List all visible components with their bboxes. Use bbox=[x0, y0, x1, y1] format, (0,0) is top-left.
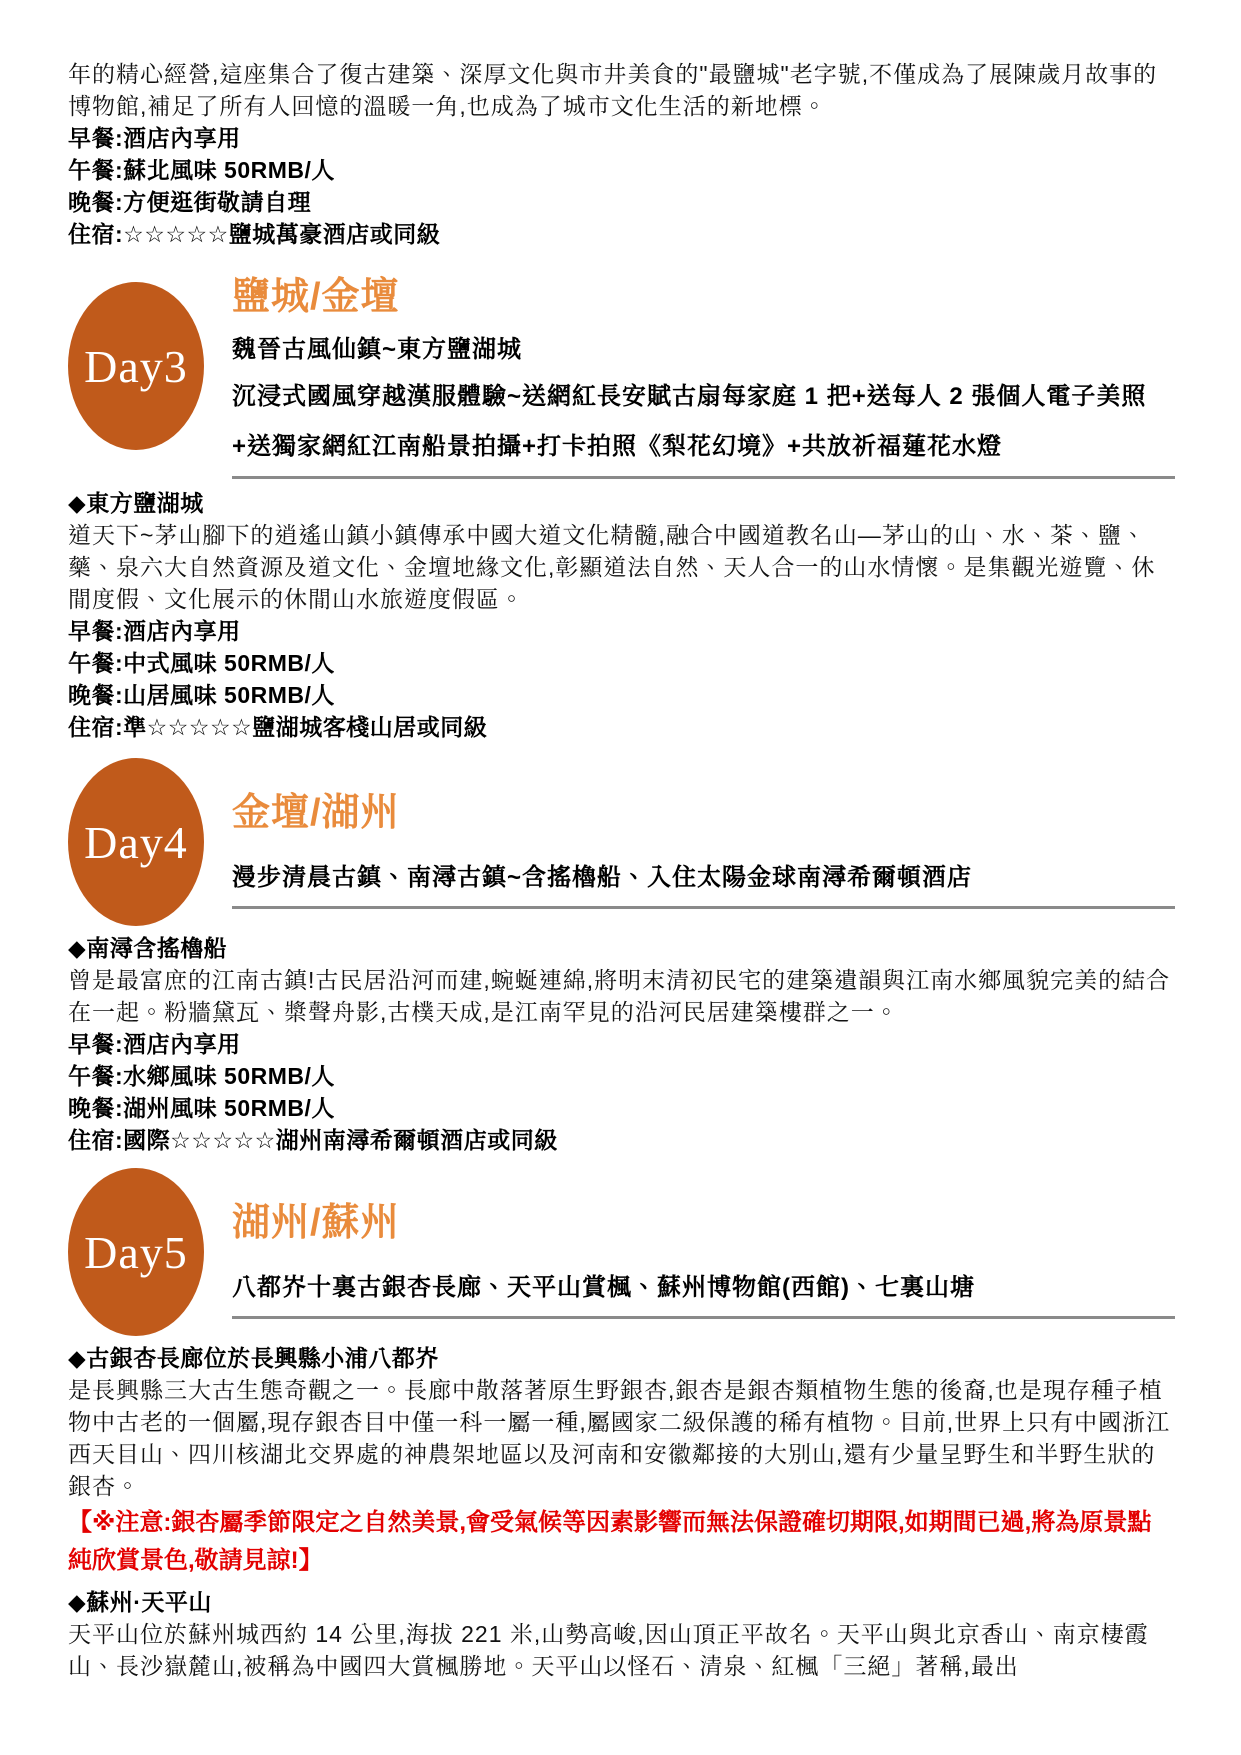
day3-poi-paragraph: 道天下~茅山腳下的逍遙山鎮小鎮傳承中國大道文化精髓,融合中國道教名山—茅山的山、… bbox=[68, 519, 1175, 615]
section-divider bbox=[232, 1316, 1175, 1319]
dinner-line: 晚餐:湖州風味 50RMB/人 bbox=[68, 1092, 1175, 1124]
hotel-line: 住宿:準☆☆☆☆☆鹽湖城客棧山居或同級 bbox=[68, 711, 1175, 743]
intro-meal-list: 早餐:酒店內享用 午餐:蘇北風味 50RMB/人 晚餐:方便逛街敬請自理 住宿:… bbox=[68, 122, 1175, 250]
day5-poi-heading-ginkgo: ◆古銀杏長廊位於長興縣小浦八都岕 bbox=[68, 1342, 1175, 1374]
day3-badge-label: Day3 bbox=[84, 340, 188, 393]
dinner-line: 晚餐:山居風味 50RMB/人 bbox=[68, 679, 1175, 711]
section-divider bbox=[232, 906, 1175, 909]
day4-poi-heading: ◆南潯含搖櫓船 bbox=[68, 932, 1175, 964]
day4-badge-label: Day4 bbox=[84, 816, 188, 869]
dinner-line: 晚餐:方便逛街敬請自理 bbox=[68, 186, 1175, 218]
day4-poi-paragraph: 曾是最富庶的江南古鎮!古民居沿河而建,蜿蜒連綿,將明末清初民宅的建築遺韻與江南水… bbox=[68, 964, 1175, 1028]
day5-badge-label: Day5 bbox=[84, 1226, 188, 1279]
day3-title: 鹽城/金壇 bbox=[232, 272, 1175, 322]
day4-title: 金壇/湖州 bbox=[232, 788, 1175, 838]
breakfast-line: 早餐:酒店內享用 bbox=[68, 615, 1175, 647]
day5-section: Day5 湖州/蘇州 八都岕十裏古銀杏長廊、天平山賞楓、蘇州博物館(西館)、七裏… bbox=[68, 1168, 1175, 1682]
day5-poi-heading-tianping: ◆蘇州·天平山 bbox=[68, 1586, 1175, 1618]
day5-header-content: 湖州/蘇州 八都岕十裏古銀杏長廊、天平山賞楓、蘇州博物館(西館)、七裏山塘 bbox=[232, 1168, 1175, 1319]
day3-badge: Day3 bbox=[68, 282, 204, 450]
day3-header-content: 鹽城/金壇 魏晉古風仙鎮~東方鹽湖城 沉浸式國風穿越漢服體驗~送網紅長安賦古扇每… bbox=[232, 272, 1175, 479]
day3-highlights: 沉浸式國風穿越漢服體驗~送網紅長安賦古扇每家庭 1 把+送每人 2 張個人電子美… bbox=[232, 372, 1175, 472]
lunch-line: 午餐:蘇北風味 50RMB/人 bbox=[68, 154, 1175, 186]
day3-header: Day3 鹽城/金壇 魏晉古風仙鎮~東方鹽湖城 沉浸式國風穿越漢服體驗~送網紅長… bbox=[68, 272, 1175, 479]
intro-paragraph: 年的精心經營,這座集合了復古建築、深厚文化與市井美食的"最鹽城"老字號,不僅成為… bbox=[68, 58, 1175, 122]
day5-poi-paragraph-tianping: 天平山位於蘇州城西約 14 公里,海拔 221 米,山勢高峻,因山頂正平故名。天… bbox=[68, 1618, 1175, 1682]
day4-section: Day4 金壇/湖州 漫步清晨古鎮、南潯古鎮~含搖櫓船、入住太陽金球南潯希爾頓酒… bbox=[68, 758, 1175, 1156]
day3-meal-list: 早餐:酒店內享用 午餐:中式風味 50RMB/人 晚餐:山居風味 50RMB/人… bbox=[68, 615, 1175, 743]
day4-subtitle: 漫步清晨古鎮、南潯古鎮~含搖櫓船、入住太陽金球南潯希爾頓酒店 bbox=[232, 854, 1175, 902]
breakfast-line: 早餐:酒店內享用 bbox=[68, 122, 1175, 154]
hotel-line: 住宿:☆☆☆☆☆鹽城萬豪酒店或同級 bbox=[68, 218, 1175, 250]
day3-poi-heading: ◆東方鹽湖城 bbox=[68, 487, 1175, 519]
day5-title: 湖州/蘇州 bbox=[232, 1198, 1175, 1248]
lunch-line: 午餐:中式風味 50RMB/人 bbox=[68, 647, 1175, 679]
day5-poi-paragraph-ginkgo: 是長興縣三大古生態奇觀之一。長廊中散落著原生野銀杏,銀杏是銀杏類植物生態的後裔,… bbox=[68, 1374, 1175, 1502]
section-divider bbox=[232, 476, 1175, 479]
day4-header-content: 金壇/湖州 漫步清晨古鎮、南潯古鎮~含搖櫓船、入住太陽金球南潯希爾頓酒店 bbox=[232, 758, 1175, 909]
day4-badge: Day4 bbox=[68, 758, 204, 926]
itinerary-page: 年的精心經營,這座集合了復古建築、深厚文化與市井美食的"最鹽城"老字號,不僅成為… bbox=[0, 0, 1241, 1755]
day4-header: Day4 金壇/湖州 漫步清晨古鎮、南潯古鎮~含搖櫓船、入住太陽金球南潯希爾頓酒… bbox=[68, 758, 1175, 926]
day3-subtitle: 魏晉古風仙鎮~東方鹽湖城 bbox=[232, 328, 1175, 372]
day5-subtitle: 八都岕十裏古銀杏長廊、天平山賞楓、蘇州博物館(西館)、七裏山塘 bbox=[232, 1264, 1175, 1312]
day3-section: Day3 鹽城/金壇 魏晉古風仙鎮~東方鹽湖城 沉浸式國風穿越漢服體驗~送網紅長… bbox=[68, 272, 1175, 743]
breakfast-line: 早餐:酒店內享用 bbox=[68, 1028, 1175, 1060]
hotel-line: 住宿:國際☆☆☆☆☆湖州南潯希爾頓酒店或同級 bbox=[68, 1124, 1175, 1156]
day5-badge: Day5 bbox=[68, 1168, 204, 1336]
seasonal-notice-text: 【※注意:銀杏屬季節限定之自然美景,會受氣候等因素影響而無法保證確切期限,如期間… bbox=[68, 1504, 1175, 1580]
lunch-line: 午餐:水鄉風味 50RMB/人 bbox=[68, 1060, 1175, 1092]
day5-header: Day5 湖州/蘇州 八都岕十裏古銀杏長廊、天平山賞楓、蘇州博物館(西館)、七裏… bbox=[68, 1168, 1175, 1336]
day4-meal-list: 早餐:酒店內享用 午餐:水鄉風味 50RMB/人 晚餐:湖州風味 50RMB/人… bbox=[68, 1028, 1175, 1156]
